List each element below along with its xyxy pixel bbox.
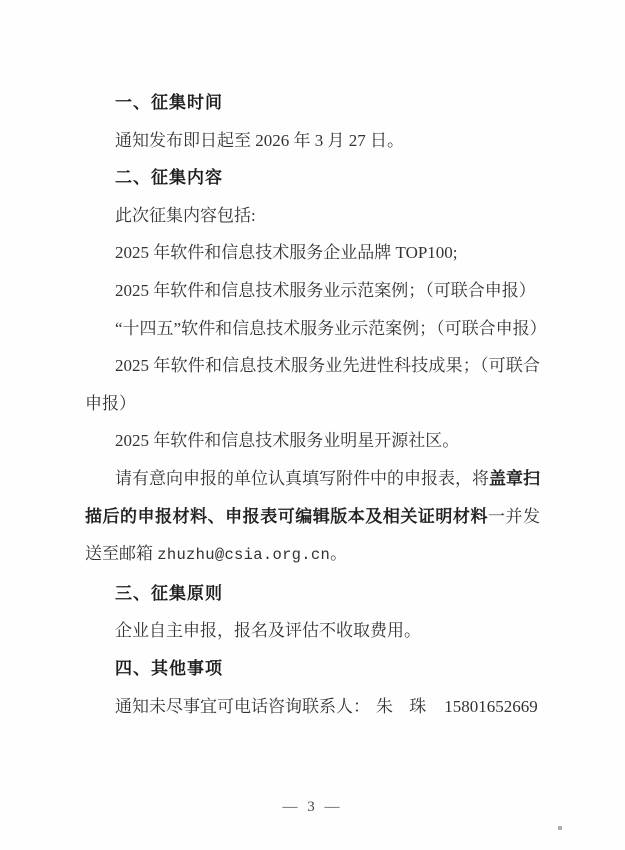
section-1-heading: 一、征集时间 — [85, 84, 540, 122]
list-item-advanced-achievements: 2025 年软件和信息技术服务业先进性科技成果；（可联合申报） — [85, 347, 540, 422]
contact-label: 通知未尽事宜可电话咨询联系人： — [115, 697, 370, 716]
contact-person-name: 朱 珠 — [376, 697, 432, 716]
collection-time-paragraph: 通知发布即日起至 2026 年 3 月 27 日。 — [85, 122, 540, 160]
document-content: 一、征集时间 通知发布即日起至 2026 年 3 月 27 日。 二、征集内容 … — [0, 0, 625, 725]
section-3-heading: 三、征集原则 — [85, 575, 540, 613]
submission-instructions-paragraph: 请有意向申报的单位认真填写附件中的申报表，将盖章扫描后的申报材料、申报表可编辑版… — [85, 460, 540, 575]
submission-prefix-text: 请有意向申报的单位认真填写附件中的申报表，将 — [115, 469, 489, 488]
scanned-document-page: 一、征集时间 通知发布即日起至 2026 年 3 月 27 日。 二、征集内容 … — [0, 0, 625, 850]
section-2-heading: 二、征集内容 — [85, 159, 540, 197]
list-item-demo-cases-14th5: “十四五”软件和信息技术服务业示范案例；（可联合申报） — [85, 310, 540, 348]
contact-phone-number: 15801652669 — [444, 697, 538, 716]
email-address: zhuzhu@csia.org.cn — [157, 546, 330, 564]
submission-end-text: 。 — [330, 544, 347, 563]
collection-content-intro: 此次征集内容包括: — [85, 197, 540, 235]
list-item-open-source-community: 2025 年软件和信息技术服务业明星开源社区。 — [85, 422, 540, 460]
contact-paragraph: 通知未尽事宜可电话咨询联系人：朱 珠15801652669 — [85, 688, 540, 726]
collection-principles-paragraph: 企业自主申报，报名及评估不收取费用。 — [85, 612, 540, 650]
section-4-heading: 四、其他事项 — [85, 650, 540, 688]
list-item-demo-cases-2025: 2025 年软件和信息技术服务业示范案例；（可联合申报） — [85, 272, 540, 310]
list-item-brand-top100: 2025 年软件和信息技术服务企业品牌 TOP100; — [85, 234, 540, 272]
scan-artifact-speck — [558, 826, 562, 830]
page-number: — 3 — — [0, 797, 625, 817]
